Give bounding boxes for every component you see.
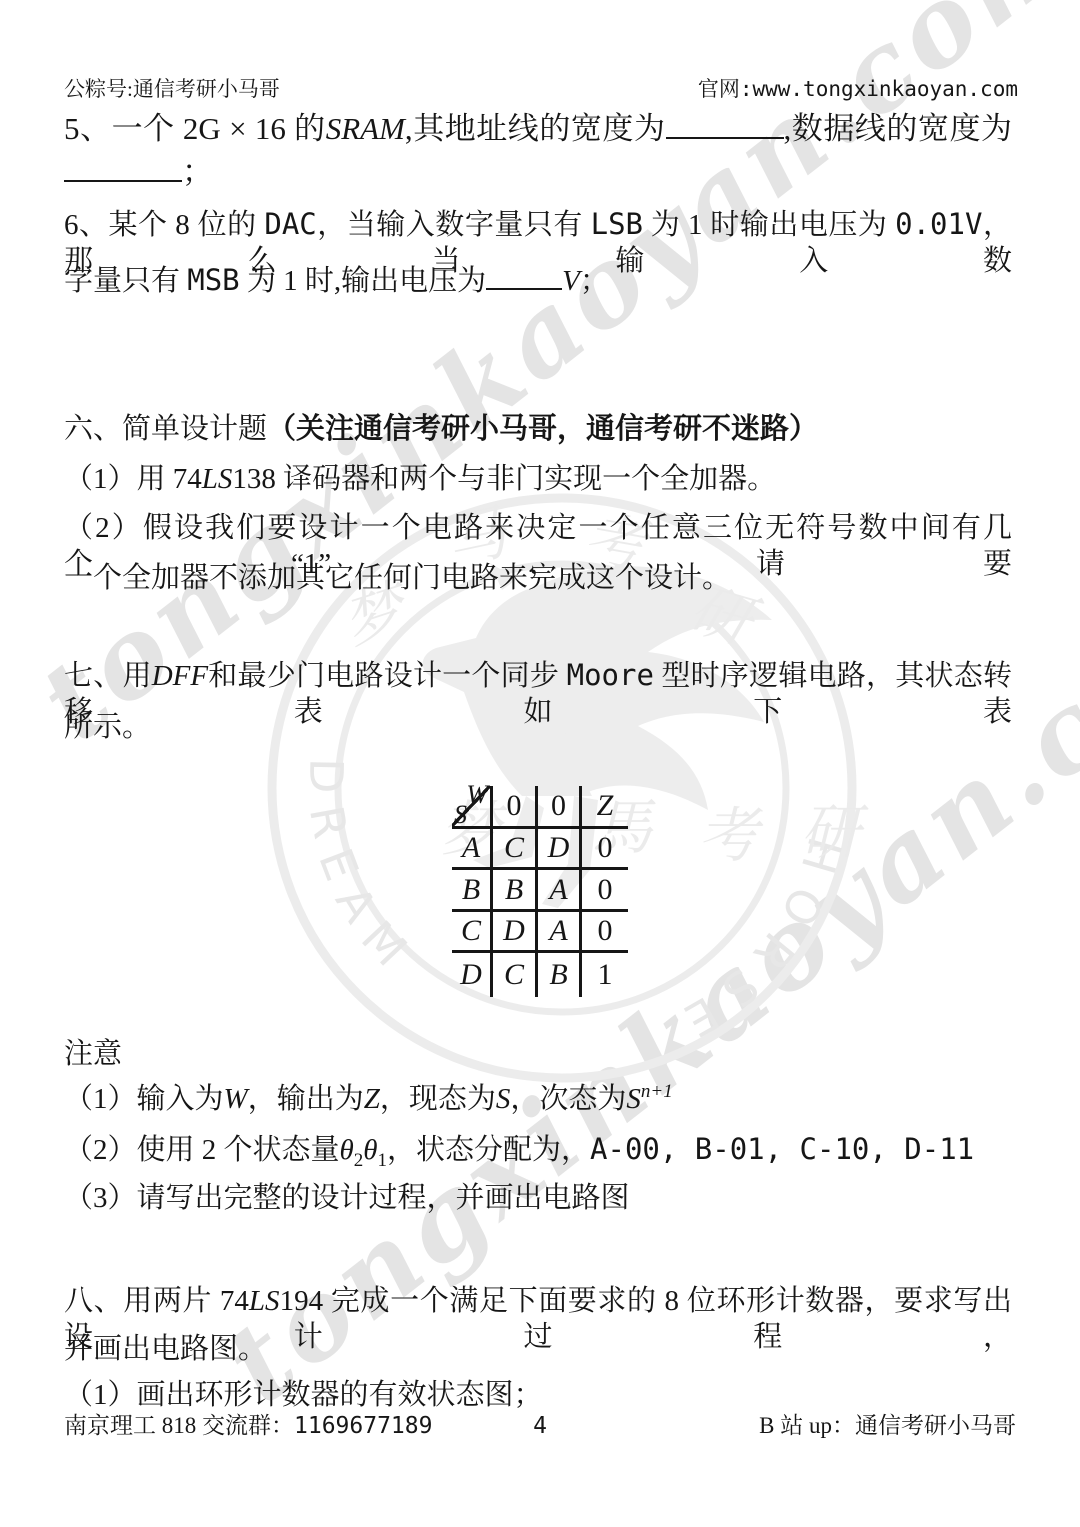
question-5: 5、一个 2G × 16 的SRAM,其地址线的宽度为,数据线的宽度为；	[64, 106, 1012, 192]
sec6-title-bold: （关注通信考研小马哥，通信考研不迷路）	[267, 413, 818, 445]
note1-s-next: S	[626, 1083, 641, 1115]
header-left: 公粽号:通信考研小马哥	[64, 76, 280, 102]
note1-superscript: n+1	[641, 1081, 673, 1102]
note2-text: （2）使用 2 个状态量	[64, 1134, 340, 1166]
table-cell: C	[493, 953, 538, 997]
note1-text: ，现态为	[380, 1083, 496, 1115]
q6-voltage: 0.01V	[895, 207, 982, 241]
question-6-line2: 字量只有 MSB 为 1 时,输出电压为V；	[64, 259, 609, 299]
seal-char: 研	[800, 785, 860, 871]
table-corner-cell: W S	[452, 786, 493, 829]
state-transition-table: W S 0 0 Z A C D 0 B B A 0 C D A 0 D C B …	[452, 786, 628, 997]
section-8-item-1: （1）画出环形计数器的有效状态图；	[64, 1377, 543, 1413]
table-row-label: B	[452, 870, 493, 912]
footer-right: B 站 up：通信考研小马哥	[759, 1412, 1016, 1441]
table-row-label: A	[452, 829, 493, 870]
q5-text: ；	[182, 154, 213, 189]
note2-text: ，状态分配为，	[387, 1134, 590, 1166]
corner-label-w: W	[466, 780, 488, 810]
q5-blank-data-width	[64, 149, 182, 182]
table-row-label: D	[452, 953, 493, 997]
section-7-line2: 所示。	[64, 709, 151, 745]
note1-z: Z	[364, 1083, 380, 1115]
sec8-ls: LS	[249, 1285, 280, 1317]
table-cell: A	[538, 870, 582, 912]
q5-sram: SRAM	[326, 111, 405, 146]
document-page: tongxinkaoyan.com tongxinkaoyan.com DREA…	[0, 0, 1080, 1527]
table-cell: 0	[582, 829, 628, 870]
q6-msb: MSB	[187, 263, 239, 297]
sec7-moore: Moore	[567, 658, 654, 692]
sec7-text: 七、用	[64, 660, 152, 692]
q6-blank-output-voltage	[486, 259, 562, 290]
q6-text: 字量只有	[64, 265, 187, 297]
table-cell: 0	[582, 912, 628, 953]
section-7-line1: 七、用DFF和最少门电路设计一个同步 Moore 型时序逻辑电路，其状态转移表如…	[64, 657, 1012, 731]
q6-text: ，当输入数字量只有	[317, 209, 591, 241]
q5-blank-address-width	[666, 106, 784, 139]
notes-title: 注意	[64, 1036, 122, 1072]
section-6-item-1: （1）用 74LS138 译码器和两个与非门实现一个全加器。	[64, 461, 776, 497]
note-2: （2）使用 2 个状态量θ2θ1，状态分配为，A-00, B-01, C-10,…	[64, 1131, 974, 1168]
stamp-word-dream: DREAM	[299, 758, 429, 989]
sec6-text: 138 译码器和两个与非门实现一个全加器。	[232, 463, 776, 495]
sec6-ls: LS	[202, 463, 233, 495]
note2-sub1: 1	[378, 1150, 388, 1171]
note1-text: ，次态为	[510, 1083, 626, 1115]
q6-text: ；	[580, 265, 609, 297]
table-cell: 0	[582, 870, 628, 912]
table-cell: A	[538, 912, 582, 953]
header-right-url: 官网:www.tongxinkaoyan.com	[698, 76, 1018, 102]
sec6-text: （1）用 74	[64, 463, 202, 495]
section-6-title: 六、简单设计题（关注通信考研小马哥，通信考研不迷路）	[64, 411, 818, 447]
note2-state-assignments: A-00, B-01, C-10, D-11	[590, 1132, 974, 1166]
note1-text: ，输出为	[248, 1083, 364, 1115]
note1-text: （1）输入为	[64, 1083, 224, 1115]
seal-char: 考	[698, 788, 758, 874]
table-col-header: 0	[493, 786, 538, 829]
table-cell: 1	[582, 953, 628, 997]
sec7-dff: DFF	[152, 660, 208, 692]
q6-dac: DAC	[264, 207, 316, 241]
note-1: （1）输入为W，输出为Z，现态为S，次态为Sn+1	[64, 1081, 673, 1117]
table-cell: D	[538, 829, 582, 870]
table-col-header: 0	[538, 786, 582, 829]
q6-v-unit: V	[562, 265, 580, 297]
note2-theta: θ	[340, 1134, 354, 1166]
table-cell: D	[493, 912, 538, 953]
note2-sub2: 2	[354, 1150, 364, 1171]
stamp-word-horse: HORSE	[662, 831, 852, 1055]
sec8-text: 八、用两片 74	[64, 1285, 249, 1317]
sec7-text: 和最少门电路设计一个同步	[208, 660, 567, 692]
table-cell: B	[538, 953, 582, 997]
note2-theta: θ	[363, 1134, 377, 1166]
table-row-label: C	[452, 912, 493, 953]
sec6-title-text: 六、简单设计题	[64, 413, 267, 445]
note-3: （3）请写出完整的设计过程，并画出电路图	[64, 1180, 630, 1216]
note1-s: S	[496, 1083, 511, 1115]
corner-label-s: S	[454, 800, 467, 830]
q5-text: ,其地址线的宽度为	[405, 111, 666, 146]
table-cell: C	[493, 829, 538, 870]
q6-lsb: LSB	[591, 207, 643, 241]
section-6-item-2-line2: 一个全加器不添加其它任何门电路来完成这个设计。	[64, 560, 731, 596]
q5-text: 5、一个 2G × 16 的	[64, 111, 326, 146]
table-cell: B	[493, 870, 538, 912]
table-col-header-z: Z	[582, 786, 628, 829]
q6-text: 6、某个 8 位的	[64, 209, 264, 241]
q5-text: ,数据线的宽度为	[784, 111, 1013, 146]
q6-text: 为 1 时,输出电压为	[240, 265, 487, 297]
note1-w: W	[224, 1083, 248, 1115]
q6-text: 为 1 时输出电压为	[643, 209, 895, 241]
section-8-line2: 并画出电路图。	[64, 1331, 267, 1367]
